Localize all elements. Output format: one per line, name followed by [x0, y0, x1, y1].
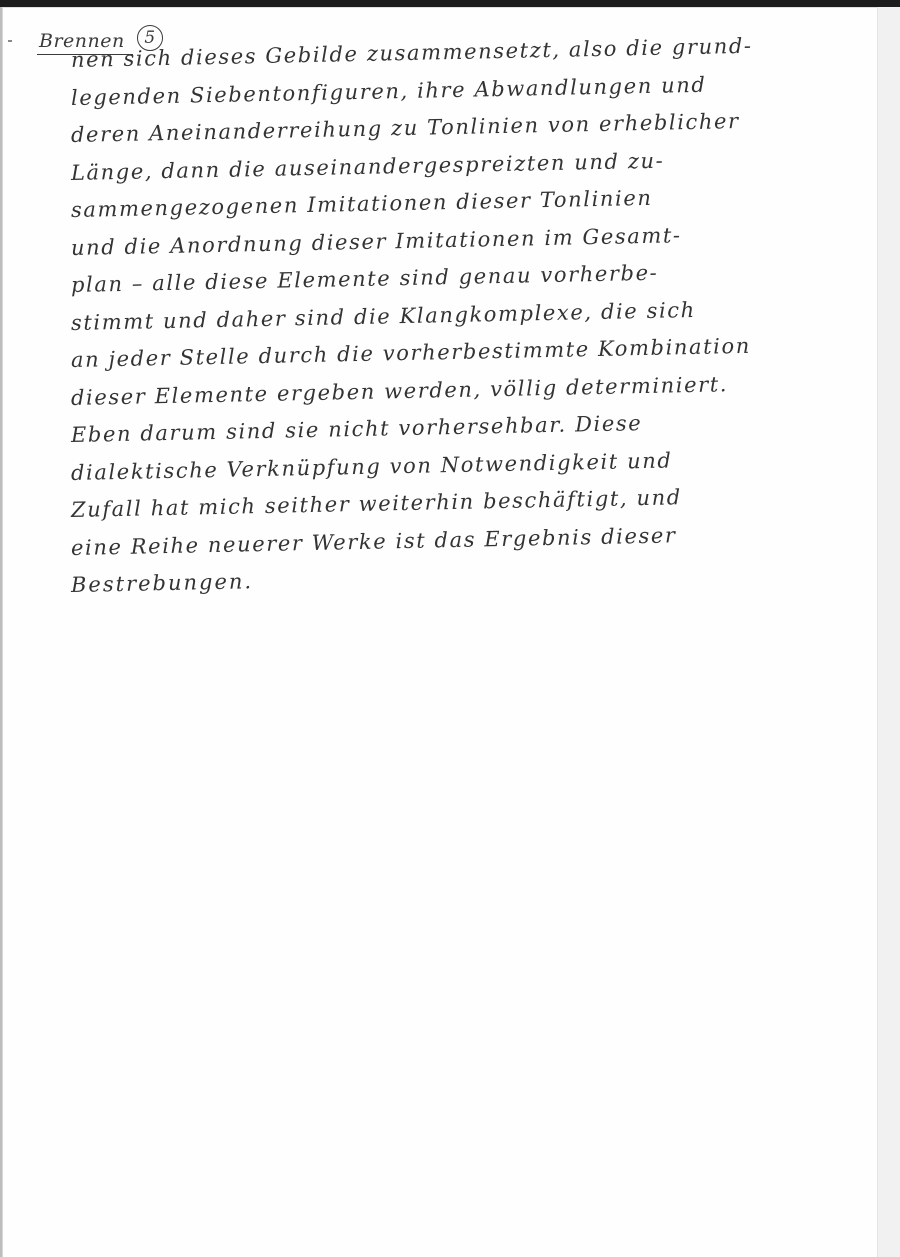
- stray-mark: [8, 40, 12, 42]
- scanner-right-margin: [877, 7, 900, 1257]
- manuscript-page: Brennen 5 nen sich dieses Gebilde zusamm…: [2, 7, 878, 1257]
- scanner-top-border: [0, 0, 900, 7]
- handwritten-text: nen sich dieses Gebilde zusammensetzt, a…: [71, 42, 861, 605]
